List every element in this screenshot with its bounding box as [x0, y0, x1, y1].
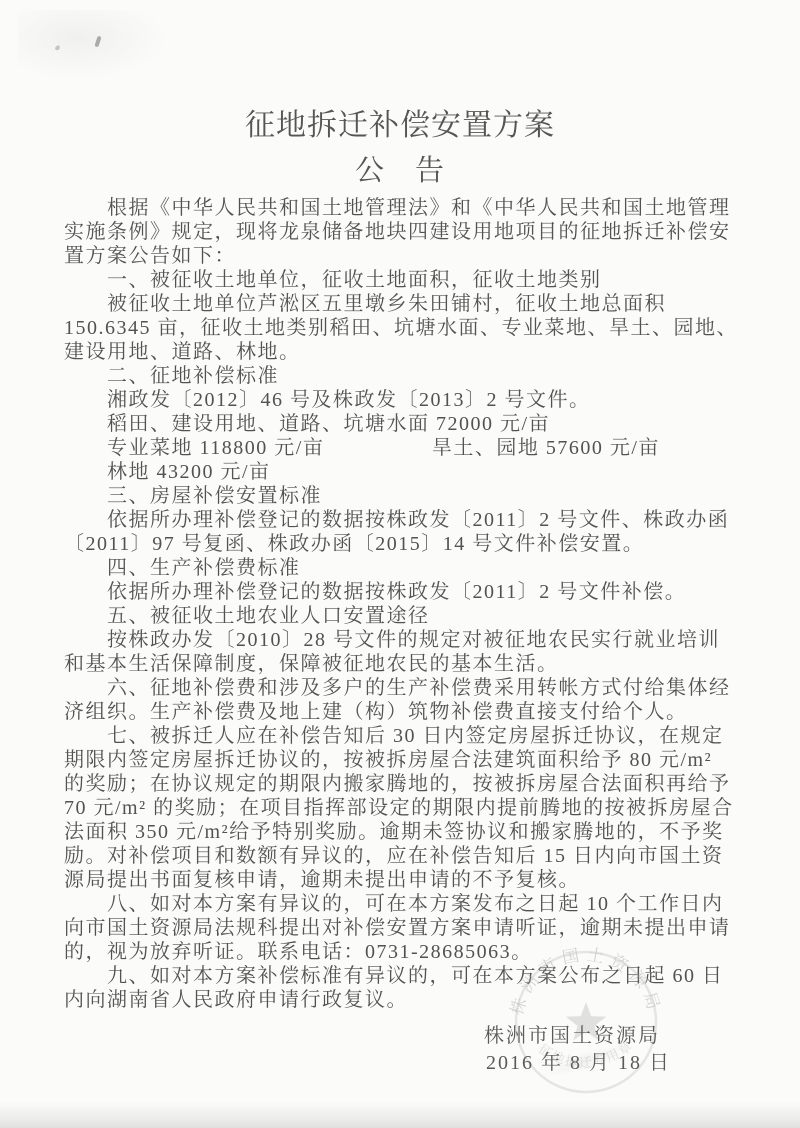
document-title: 征地拆迁补偿安置方案 [0, 100, 800, 144]
doc-line: 八、如对本方案有异议的，可在本方案发布之日起 10 个工作日内 [64, 892, 760, 916]
doc-line: 期限内签定房屋拆迁协议的，按被拆房屋合法建筑面积给予 80 元/m² [64, 748, 760, 772]
doc-line: 九、如对本方案补偿标准有异议的，可在本方案公布之日起 60 日 [64, 964, 760, 988]
scanned-notice-page: 征地拆迁补偿安置方案 公 告 根据《中华人民共和国土地管理法》和《中华人民共和国… [0, 0, 800, 1128]
doc-line: 置方案公告如下： [64, 244, 760, 268]
doc-line: 一、被征收土地单位，征收土地面积，征收土地类别 [64, 268, 760, 292]
doc-line: 内向湖南省人民政府申请行政复议。 [64, 988, 760, 1012]
doc-line: 林地 43200 元/亩 [64, 460, 760, 484]
doc-line: 实施条例》规定，现将龙泉储备地块四建设用地项目的征地拆迁补偿安 [64, 220, 760, 244]
doc-line: 济组织。生产补偿费及地上建（构）筑物补偿费直接支付给个人。 [64, 700, 760, 724]
doc-line: 按株政办发〔2010〕28 号文件的规定对被征地农民实行就业培训 [64, 628, 760, 652]
doc-line: 依据所办理补偿登记的数据按株政发〔2011〕2 号文件、株政办函 [64, 508, 760, 532]
doc-line: 五、被征收土地农业人口安置途径 [64, 604, 760, 628]
doc-line: 依据所办理补偿登记的数据按株政发〔2011〕2 号文件补偿。 [64, 580, 760, 604]
doc-line: 根据《中华人民共和国土地管理法》和《中华人民共和国土地管理 [64, 196, 760, 220]
doc-line: 七、被拆迁人应在补偿告知后 30 日内签定房屋拆迁协议，在规定 [64, 724, 760, 748]
doc-line: 〔2011〕97 号复函、株政办函〔2015〕14 号文件补偿安置。 [64, 532, 760, 556]
doc-line: 法面积 350 元/m²给予特别奖励。逾期未签协议和搬家腾地的，不予奖 [64, 820, 760, 844]
document-subtitle: 公 告 [0, 148, 800, 189]
doc-line: 二、征地补偿标准 [64, 364, 760, 388]
signature-organization: 株洲市国土资源局 [484, 1019, 660, 1048]
doc-line: 和基本生活保障制度，保障被征地农民的基本生活。 [64, 652, 760, 676]
scan-smudge [18, 10, 168, 80]
doc-line: 六、征地补偿费和涉及多户的生产补偿费采用转帐方式付给集体经 [64, 676, 760, 700]
doc-line: 建设用地、道路、林地。 [64, 340, 760, 364]
doc-line: 源局提出书面复核申请，逾期未提出申请的不予复核。 [64, 868, 760, 892]
doc-line: 被征收土地单位芦淞区五里墩乡朱田铺村，征收土地总面积 [64, 292, 760, 316]
doc-line: 稻田、建设用地、道路、坑塘水面 72000 元/亩 [64, 412, 760, 436]
doc-line: 70 元/m² 的奖励；在项目指挥部设定的期限内提前腾地的按被拆房屋合 [64, 796, 760, 820]
doc-line: 励。对补偿项目和数额有异议的，应在补偿告知后 15 日内向市国土资 [64, 844, 760, 868]
doc-line: 湘政发〔2012〕46 号及株政发〔2013〕2 号文件。 [64, 388, 760, 412]
scan-bottom-shadow [0, 1102, 800, 1128]
doc-line: 专业菜地 118800 元/亩 旱土、园地 57600 元/亩 [64, 436, 760, 460]
doc-line: 三、房屋补偿安置标准 [64, 484, 760, 508]
doc-line: 的奖励；在协议规定的期限内搬家腾地的，按被拆房屋合法面积再给予 [64, 772, 760, 796]
doc-line: 的，视为放弃听证。联系电话：0731-28685063。 [64, 940, 760, 964]
doc-line: 150.6345 亩，征收土地类别稻田、坑塘水面、专业菜地、旱土、园地、 [64, 316, 760, 340]
document-body: 根据《中华人民共和国土地管理法》和《中华人民共和国土地管理 实施条例》规定，现将… [64, 196, 760, 1012]
doc-line: 四、生产补偿费标准 [64, 556, 760, 580]
doc-line: 向市国土资源局法规科提出对补偿安置方案申请听证，逾期未提出申请 [64, 916, 760, 940]
